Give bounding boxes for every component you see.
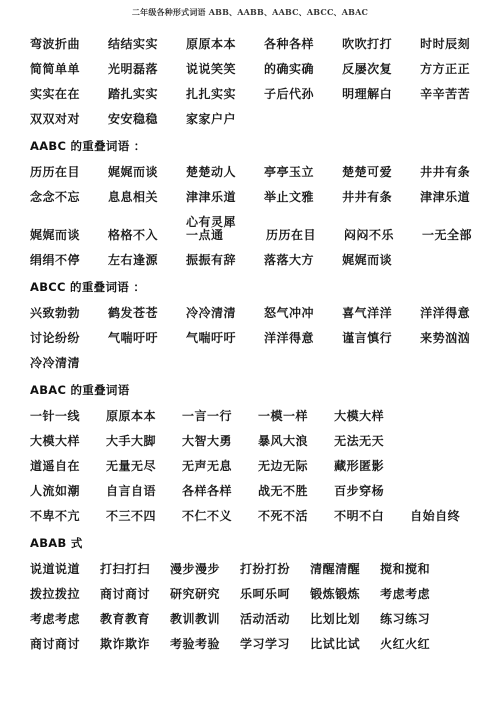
- word-item: 方方正正: [420, 63, 470, 76]
- word-item: 原原本本: [186, 38, 236, 51]
- word-item: 人流如潮: [30, 485, 80, 498]
- document-page: 二年级各种形式词语 ABB、AABB、AABC、ABCC、ABAC 弯波折曲结结…: [0, 0, 500, 708]
- word-item: 娓娓而谈: [30, 229, 80, 242]
- word-item: 藏形匿影: [334, 460, 384, 473]
- word-item: 历历在目: [266, 229, 316, 242]
- word-item: 亭亭玉立: [264, 166, 314, 179]
- word-item: 研究研究: [170, 588, 220, 601]
- word-item: 暴风大浪: [258, 435, 308, 448]
- word-item: 原原本本: [106, 410, 156, 423]
- word-item: 不明不白: [334, 510, 384, 523]
- section-aabc: AABC 的重叠词语 ：历历在目娓娓而谈楚楚动人亭亭玉立楚楚可爱井井有条念念不忘…: [30, 138, 472, 267]
- word-item: 喜气洋洋: [342, 307, 392, 320]
- section-abcc: ABCC 的重叠词语 ：兴致勃勃鹤发苍苍冷冷清清怒气冲冲喜气洋洋洋洋得意讨论纷纷…: [30, 279, 472, 370]
- word-item: 冷冷清清: [30, 357, 80, 370]
- word-item: 井井有条: [342, 191, 392, 204]
- word-item: 各样各样: [182, 485, 232, 498]
- word-item: 历历在目: [30, 166, 80, 179]
- word-item: 气喘吁吁: [108, 332, 158, 345]
- word-item: 无量无尽: [106, 460, 156, 473]
- word-item: 战无不胜: [258, 485, 308, 498]
- word-row: 拨拉拨拉商讨商讨研究研究乐呵乐呵锻炼锻炼考虑考虑: [30, 588, 472, 601]
- word-item: 大手大脚: [106, 435, 156, 448]
- word-item: 比划比划: [310, 613, 360, 626]
- word-row: 娓娓而谈格格不入心有灵犀一点通历历在目闷闷不乐一无全部: [30, 216, 472, 242]
- word-item: 明理解白: [342, 88, 392, 101]
- word-row: 绢绢不停左右逢源振振有辞落落大方娓娓而谈: [30, 254, 472, 267]
- word-item: 踏扎实实: [108, 88, 158, 101]
- word-item: 说说笑笑: [186, 63, 236, 76]
- word-item: 考虑考虑: [30, 613, 80, 626]
- word-row: 商讨商讨欺诈欺诈考验考验学习学习比试比试火红火红: [30, 638, 472, 651]
- word-item: 不卑不亢: [30, 510, 80, 523]
- word-item: 一针一线: [30, 410, 80, 423]
- word-item: 洋洋得意: [264, 332, 314, 345]
- word-item: 道遥自在: [30, 460, 80, 473]
- word-item: 说道说道: [30, 563, 80, 576]
- word-item: 结结实实: [108, 38, 158, 51]
- word-item: 火红火红: [380, 638, 430, 651]
- word-item: 搅和搅和: [380, 563, 430, 576]
- word-item: 不死不活: [258, 510, 308, 523]
- word-item: 子后代孙: [264, 88, 314, 101]
- word-item: 气喘吁吁: [186, 332, 236, 345]
- word-item: 津津乐道: [420, 191, 470, 204]
- word-row: 考虑考虑教育教育教训教训活动活动比划比划练习练习: [30, 613, 472, 626]
- word-item: 考验考验: [170, 638, 220, 651]
- word-item: 活动活动: [240, 613, 290, 626]
- word-item: 一模一样: [258, 410, 308, 423]
- section-heading-abcc: ABCC 的重叠词语 ：: [30, 279, 472, 295]
- word-item: 不三不四: [106, 510, 156, 523]
- word-item: 商讨商讨: [100, 588, 150, 601]
- word-item: 无声无息: [182, 460, 232, 473]
- word-item: 心有灵犀一点通: [186, 216, 238, 242]
- word-item: 息息相关: [108, 191, 158, 204]
- section-heading-abac: ABAC 的重叠词语: [30, 382, 472, 398]
- word-item: 简简单单: [30, 63, 80, 76]
- word-item: 来势汹汹: [420, 332, 470, 345]
- word-row: 实实在在踏扎实实扎扎实实子后代孙明理解白辛辛苦苦: [30, 88, 472, 101]
- word-item: 双双对对: [30, 113, 80, 126]
- word-row: 兴致勃勃鹤发苍苍冷冷清清怒气冲冲喜气洋洋洋洋得意: [30, 307, 472, 320]
- word-item: 谨言慎行: [342, 332, 392, 345]
- word-item: 兴致勃勃: [30, 307, 80, 320]
- word-item: 振振有辞: [186, 254, 236, 267]
- word-item: 一言一行: [182, 410, 232, 423]
- section-abab: ABAB 式说道说道打扫打扫漫步漫步打扮打扮清醒清醒搅和搅和拨拉拨拉商讨商讨研究…: [30, 535, 472, 651]
- word-item: 念念不忘: [30, 191, 80, 204]
- word-item: 商讨商讨: [30, 638, 80, 651]
- word-item: 百步穿杨: [334, 485, 384, 498]
- word-item: 拨拉拨拉: [30, 588, 80, 601]
- word-item: 的确实确: [264, 63, 314, 76]
- word-item: 左右逢源: [108, 254, 158, 267]
- word-item: 绢绢不停: [30, 254, 80, 267]
- word-item: 弯波折曲: [30, 38, 80, 51]
- word-item: 讨论纷纷: [30, 332, 80, 345]
- word-item: 井井有条: [420, 166, 470, 179]
- word-item: 格格不入: [108, 229, 158, 242]
- word-row: 说道说道打扫打扫漫步漫步打扮打扮清醒清醒搅和搅和: [30, 563, 472, 576]
- word-item: 家家户户: [186, 113, 236, 126]
- document-body: 弯波折曲结结实实原原本本各种各样吹吹打打时时辰刻简简单单光明磊落说说笑笑的确实确…: [0, 38, 500, 651]
- word-item: 比试比试: [310, 638, 360, 651]
- word-item: 鹤发苍苍: [108, 307, 158, 320]
- word-item: 漫步漫步: [170, 563, 220, 576]
- word-item: 实实在在: [30, 88, 80, 101]
- word-item: 自言自语: [106, 485, 156, 498]
- word-row: 不卑不亢不三不四不仁不义不死不活不明不白自始自终: [30, 510, 472, 523]
- word-row: 人流如潮自言自语各样各样战无不胜百步穿杨: [30, 485, 472, 498]
- word-item: 安安稳稳: [108, 113, 158, 126]
- word-item: 辛辛苦苦: [420, 88, 470, 101]
- word-item: 大模大样: [30, 435, 80, 448]
- word-row: 简简单单光明磊落说说笑笑的确实确反屡次复方方正正: [30, 63, 472, 76]
- word-row: 一针一线原原本本一言一行一模一样大模大样: [30, 410, 472, 423]
- word-row: 弯波折曲结结实实原原本本各种各样吹吹打打时时辰刻: [30, 38, 472, 51]
- word-item: 楚楚动人: [186, 166, 236, 179]
- word-item: 吹吹打打: [342, 38, 392, 51]
- word-row: 双双对对安安稳稳家家户户: [30, 113, 472, 126]
- word-item: 练习练习: [380, 613, 430, 626]
- word-item: 楚楚可爱: [342, 166, 392, 179]
- word-item: 一无全部: [422, 229, 472, 242]
- word-row: 讨论纷纷气喘吁吁气喘吁吁洋洋得意谨言慎行来势汹汹: [30, 332, 472, 345]
- word-item: 光明磊落: [108, 63, 158, 76]
- word-item: 教育教育: [100, 613, 150, 626]
- word-item: 乐呵乐呵: [240, 588, 290, 601]
- word-item: 反屡次复: [342, 63, 392, 76]
- word-item: 怒气冲冲: [264, 307, 314, 320]
- word-item: 各种各样: [264, 38, 314, 51]
- section-aabb: 弯波折曲结结实实原原本本各种各样吹吹打打时时辰刻简简单单光明磊落说说笑笑的确实确…: [30, 38, 472, 126]
- word-item: 娓娓而谈: [108, 166, 158, 179]
- word-item: 冷冷清清: [186, 307, 236, 320]
- word-item: 不仁不义: [182, 510, 232, 523]
- word-item: 闷闷不乐: [344, 229, 394, 242]
- word-row: 历历在目娓娓而谈楚楚动人亭亭玉立楚楚可爱井井有条: [30, 166, 472, 179]
- word-item: 扎扎实实: [186, 88, 236, 101]
- word-item: 时时辰刻: [420, 38, 470, 51]
- word-item: 考虑考虑: [380, 588, 430, 601]
- word-row: 道遥自在无量无尽无声无息无边无际藏形匿影: [30, 460, 472, 473]
- word-item: 自始自终: [410, 510, 460, 523]
- word-item: 娓娓而谈: [342, 254, 392, 267]
- section-heading-abab: ABAB 式: [30, 535, 472, 551]
- word-item: 锻炼锻炼: [310, 588, 360, 601]
- word-item: 欺诈欺诈: [100, 638, 150, 651]
- word-row: 念念不忘息息相关津津乐道举止文雅井井有条津津乐道: [30, 191, 472, 204]
- section-abac: ABAC 的重叠词语一针一线原原本本一言一行一模一样大模大样大模大样大手大脚大智…: [30, 382, 472, 523]
- word-item: 学习学习: [240, 638, 290, 651]
- word-item: 打扫打扫: [100, 563, 150, 576]
- document-title: 二年级各种形式词语 ABB、AABB、AABC、ABCC、ABAC: [0, 0, 500, 18]
- word-item: 清醒清醒: [310, 563, 360, 576]
- word-item: 无法无天: [334, 435, 384, 448]
- word-item: 津津乐道: [186, 191, 236, 204]
- word-item: 大智大勇: [182, 435, 232, 448]
- word-item: 洋洋得意: [420, 307, 470, 320]
- word-row: 大模大样大手大脚大智大勇暴风大浪无法无天: [30, 435, 472, 448]
- section-heading-aabc: AABC 的重叠词语 ：: [30, 138, 472, 154]
- word-row: 冷冷清清: [30, 357, 472, 370]
- word-item: 举止文雅: [264, 191, 314, 204]
- word-item: 落落大方: [264, 254, 314, 267]
- word-item: 无边无际: [258, 460, 308, 473]
- word-item: 打扮打扮: [240, 563, 290, 576]
- word-item: 大模大样: [334, 410, 384, 423]
- word-item: 教训教训: [170, 613, 220, 626]
